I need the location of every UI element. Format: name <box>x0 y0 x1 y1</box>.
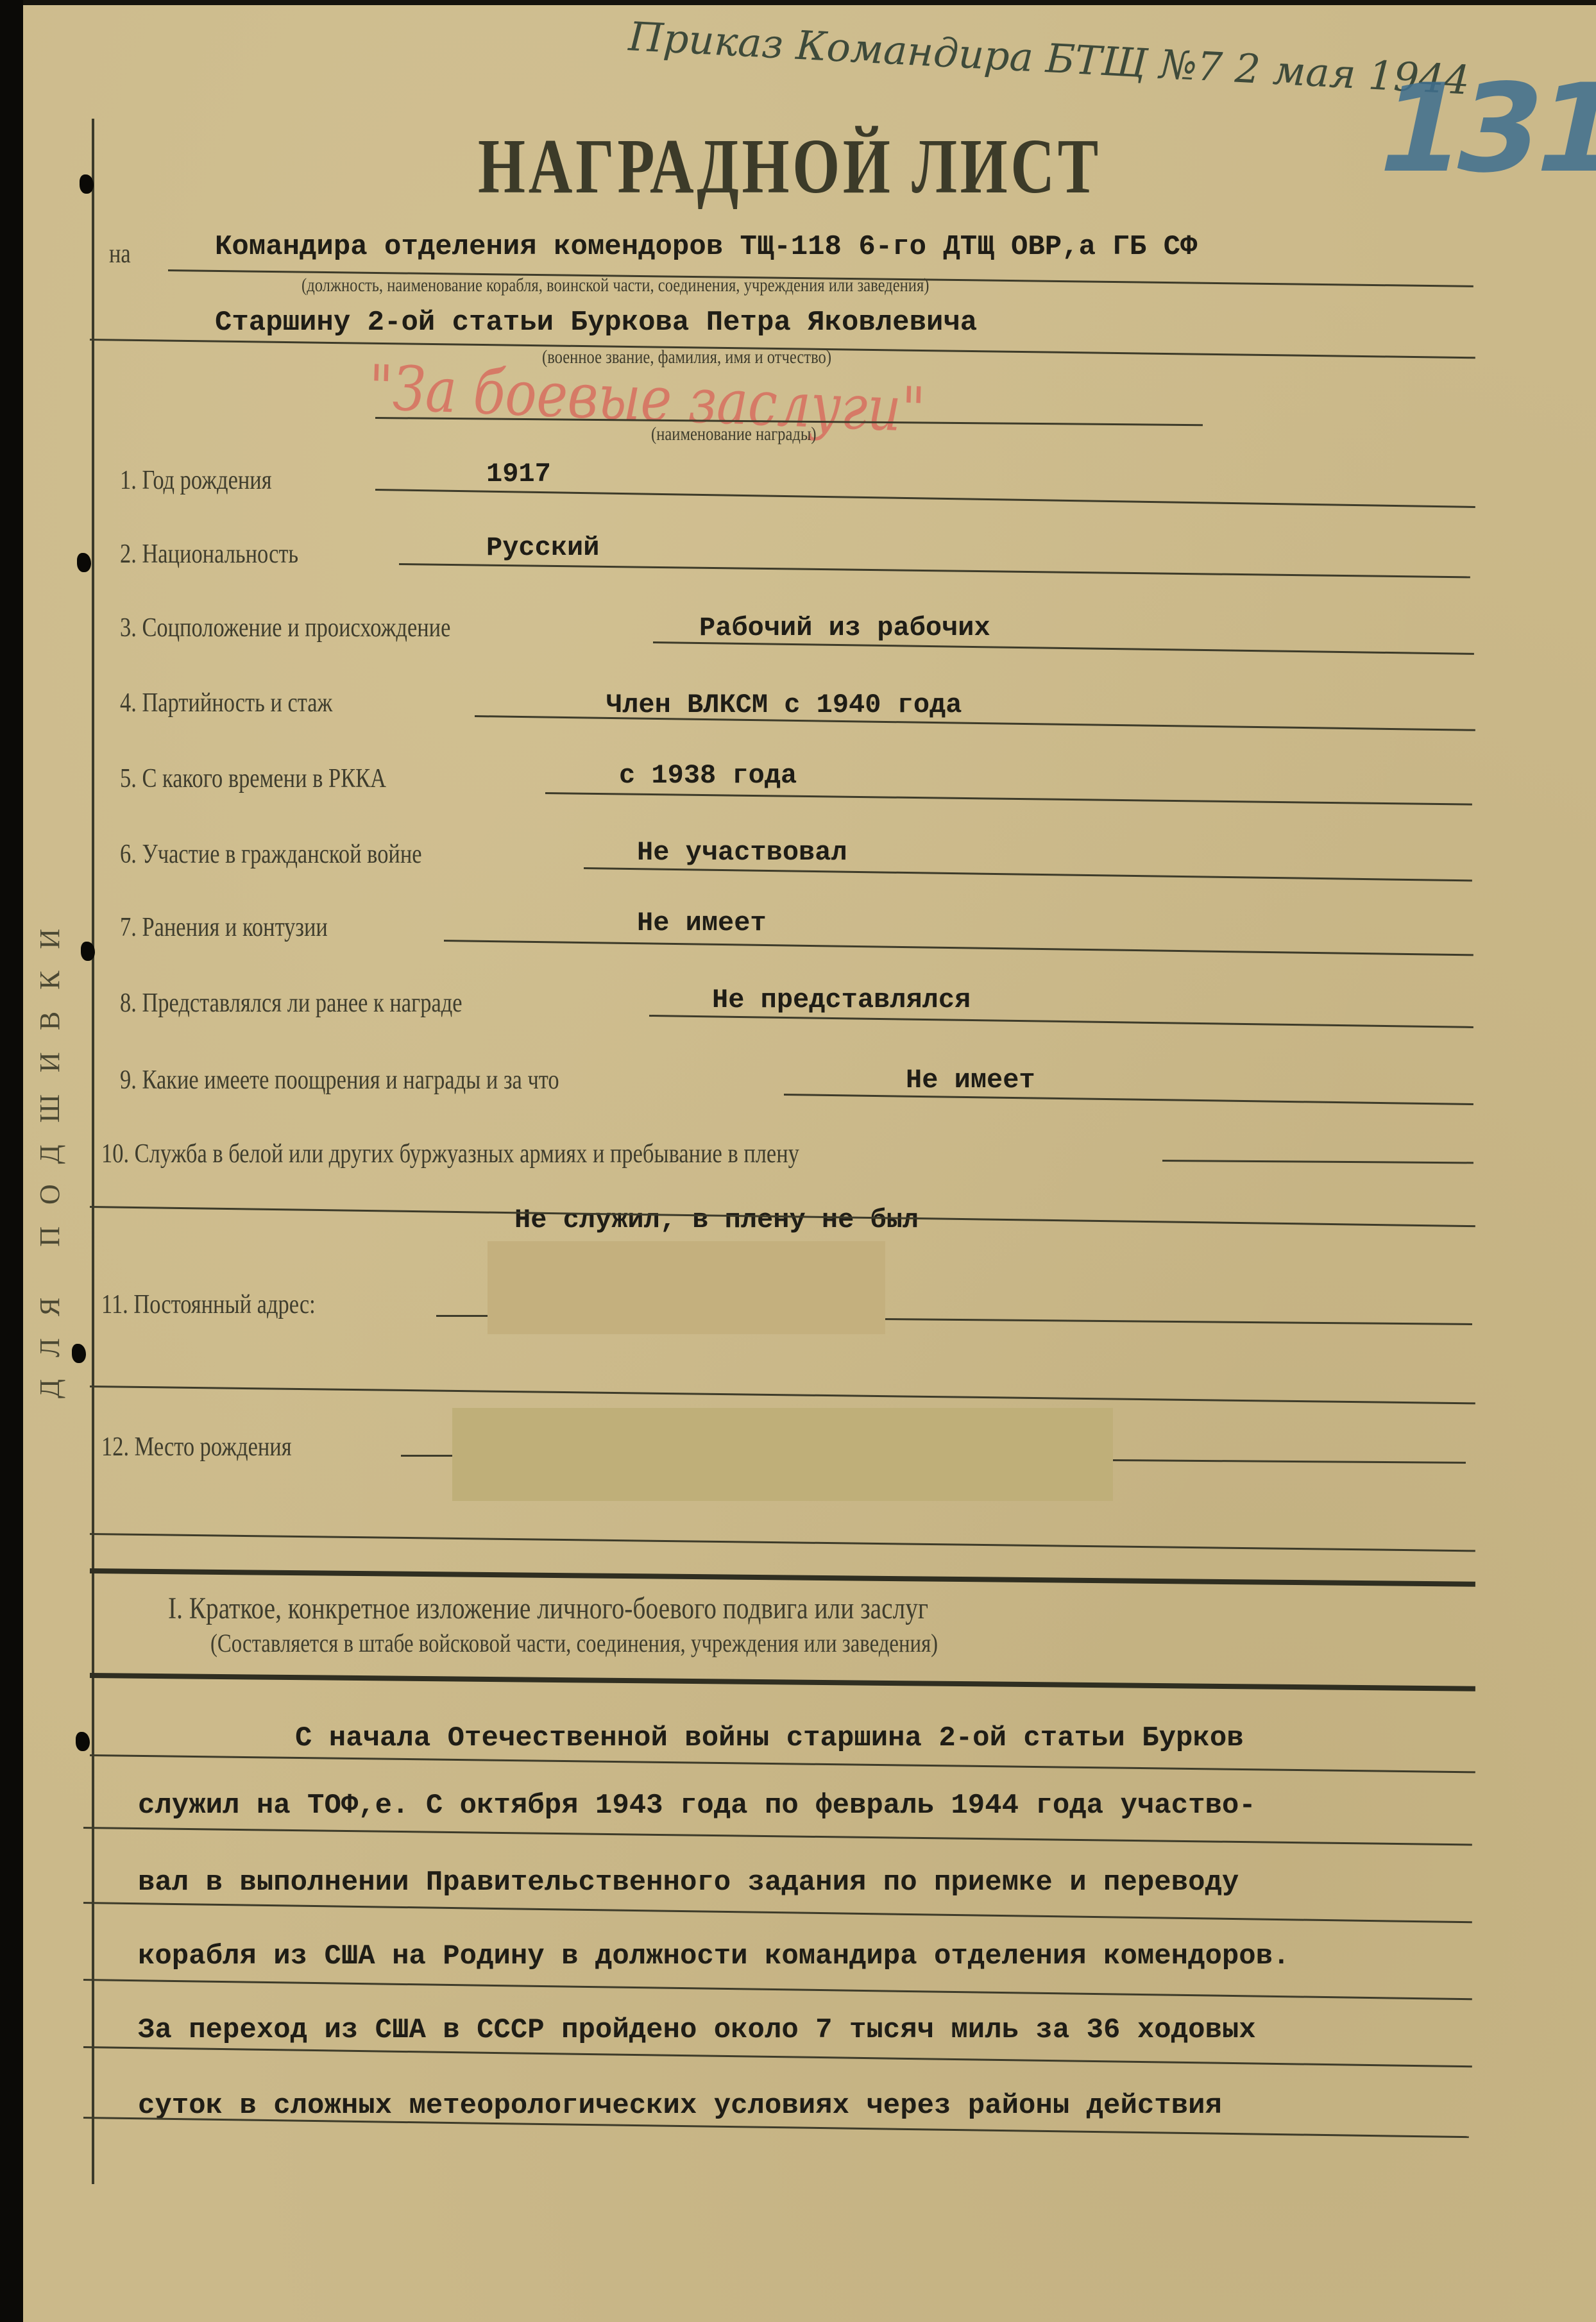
section-title: I. Краткое, конкретное изложение личного… <box>168 1591 928 1626</box>
field-value-party-membership: Член ВЛКСМ с 1940 года <box>606 690 962 720</box>
field-value-service-since: с 1938 года <box>619 760 797 791</box>
field-label-previous-nomination: 8. Представлялся ли ранее к награде <box>120 988 463 1019</box>
field-value-awards-held: Не имеет <box>906 1065 1035 1096</box>
field-underline <box>401 1455 452 1457</box>
field-underline <box>436 1315 488 1317</box>
field-value-social-origin: Рабочий из рабочих <box>699 613 990 643</box>
field-label-wounds: 7. Ранения и контузии <box>120 912 328 943</box>
punch-hole-icon <box>77 553 91 572</box>
punch-hole-icon <box>72 1344 86 1363</box>
field-value-white-army-service: Не служил, в плену не был <box>514 1205 919 1235</box>
field-value-civil-war: Не участвовал <box>637 837 847 868</box>
punch-hole-icon <box>76 1732 90 1751</box>
binding-margin-label: ДЛЯ ПОДШИВКИ <box>33 907 66 1398</box>
field-label-nationality: 2. Национальность <box>120 539 298 570</box>
field-value-previous-nomination: Не представлялся <box>712 985 971 1015</box>
position-caption: (должность, наименование корабля, воинск… <box>301 275 929 296</box>
field-label-awards-held: 9. Какие имеете поощрения и награды и за… <box>120 1065 559 1096</box>
field-value-birth-year: 1917 <box>486 459 551 489</box>
punch-hole-icon <box>81 942 95 961</box>
narrative-line: вал в выполнении Правительственного зада… <box>138 1867 1239 1899</box>
rank-name-value: Старшину 2-ой статьи Буркова Петра Яковл… <box>215 307 977 339</box>
binding-margin-line <box>92 119 94 2184</box>
narrative-line: служил на ТОФ,е. С октября 1943 года по … <box>138 1790 1256 1822</box>
redacted-birthplace <box>452 1408 1113 1501</box>
narrative-line: С начала Отечественной войны старшина 2-… <box>295 1722 1244 1754</box>
scan-left-edge <box>0 0 23 2322</box>
section-subtitle: (Составляется в штабе войсковой части, с… <box>210 1628 938 1658</box>
narrative-line: корабля из США на Родину в должности ком… <box>138 1940 1290 1972</box>
field-value-nationality: Русский <box>486 532 599 563</box>
position-value: Командира отделения комендоров ТЩ-118 6-… <box>215 231 1197 263</box>
field-label-party-membership: 4. Партийность и стаж <box>120 688 332 718</box>
redacted-address <box>488 1241 885 1334</box>
field-label-permanent-address: 11. Постоянный адрес: <box>101 1289 316 1320</box>
field-label-service-since: 5. С какого времени в РККА <box>120 763 386 794</box>
narrative-line: суток в сложных метеорологических услови… <box>138 2090 1222 2122</box>
field-label-civil-war: 6. Участие в гражданской войне <box>120 839 422 870</box>
field-value-wounds: Не имеет <box>637 908 767 938</box>
punch-hole-icon <box>80 174 94 194</box>
narrative-line: За переход из США в СССР пройдено около … <box>138 2014 1256 2046</box>
field-label-birthplace: 12. Место рождения <box>101 1432 292 1462</box>
field-label-social-origin: 3. Соцположение и происхождение <box>120 613 450 643</box>
scan-top-edge <box>0 0 1596 5</box>
page-title: НАГРАДНОЙ ЛИСТ <box>478 122 1101 212</box>
header-prefix: на <box>109 239 131 269</box>
field-label-birth-year: 1. Год рождения <box>120 465 272 496</box>
field-label-white-army-service: 10. Служба в белой или других буржуазных… <box>101 1139 799 1169</box>
archive-number: 131 <box>1364 58 1596 199</box>
award-caption: (наименование награды) <box>651 423 817 445</box>
